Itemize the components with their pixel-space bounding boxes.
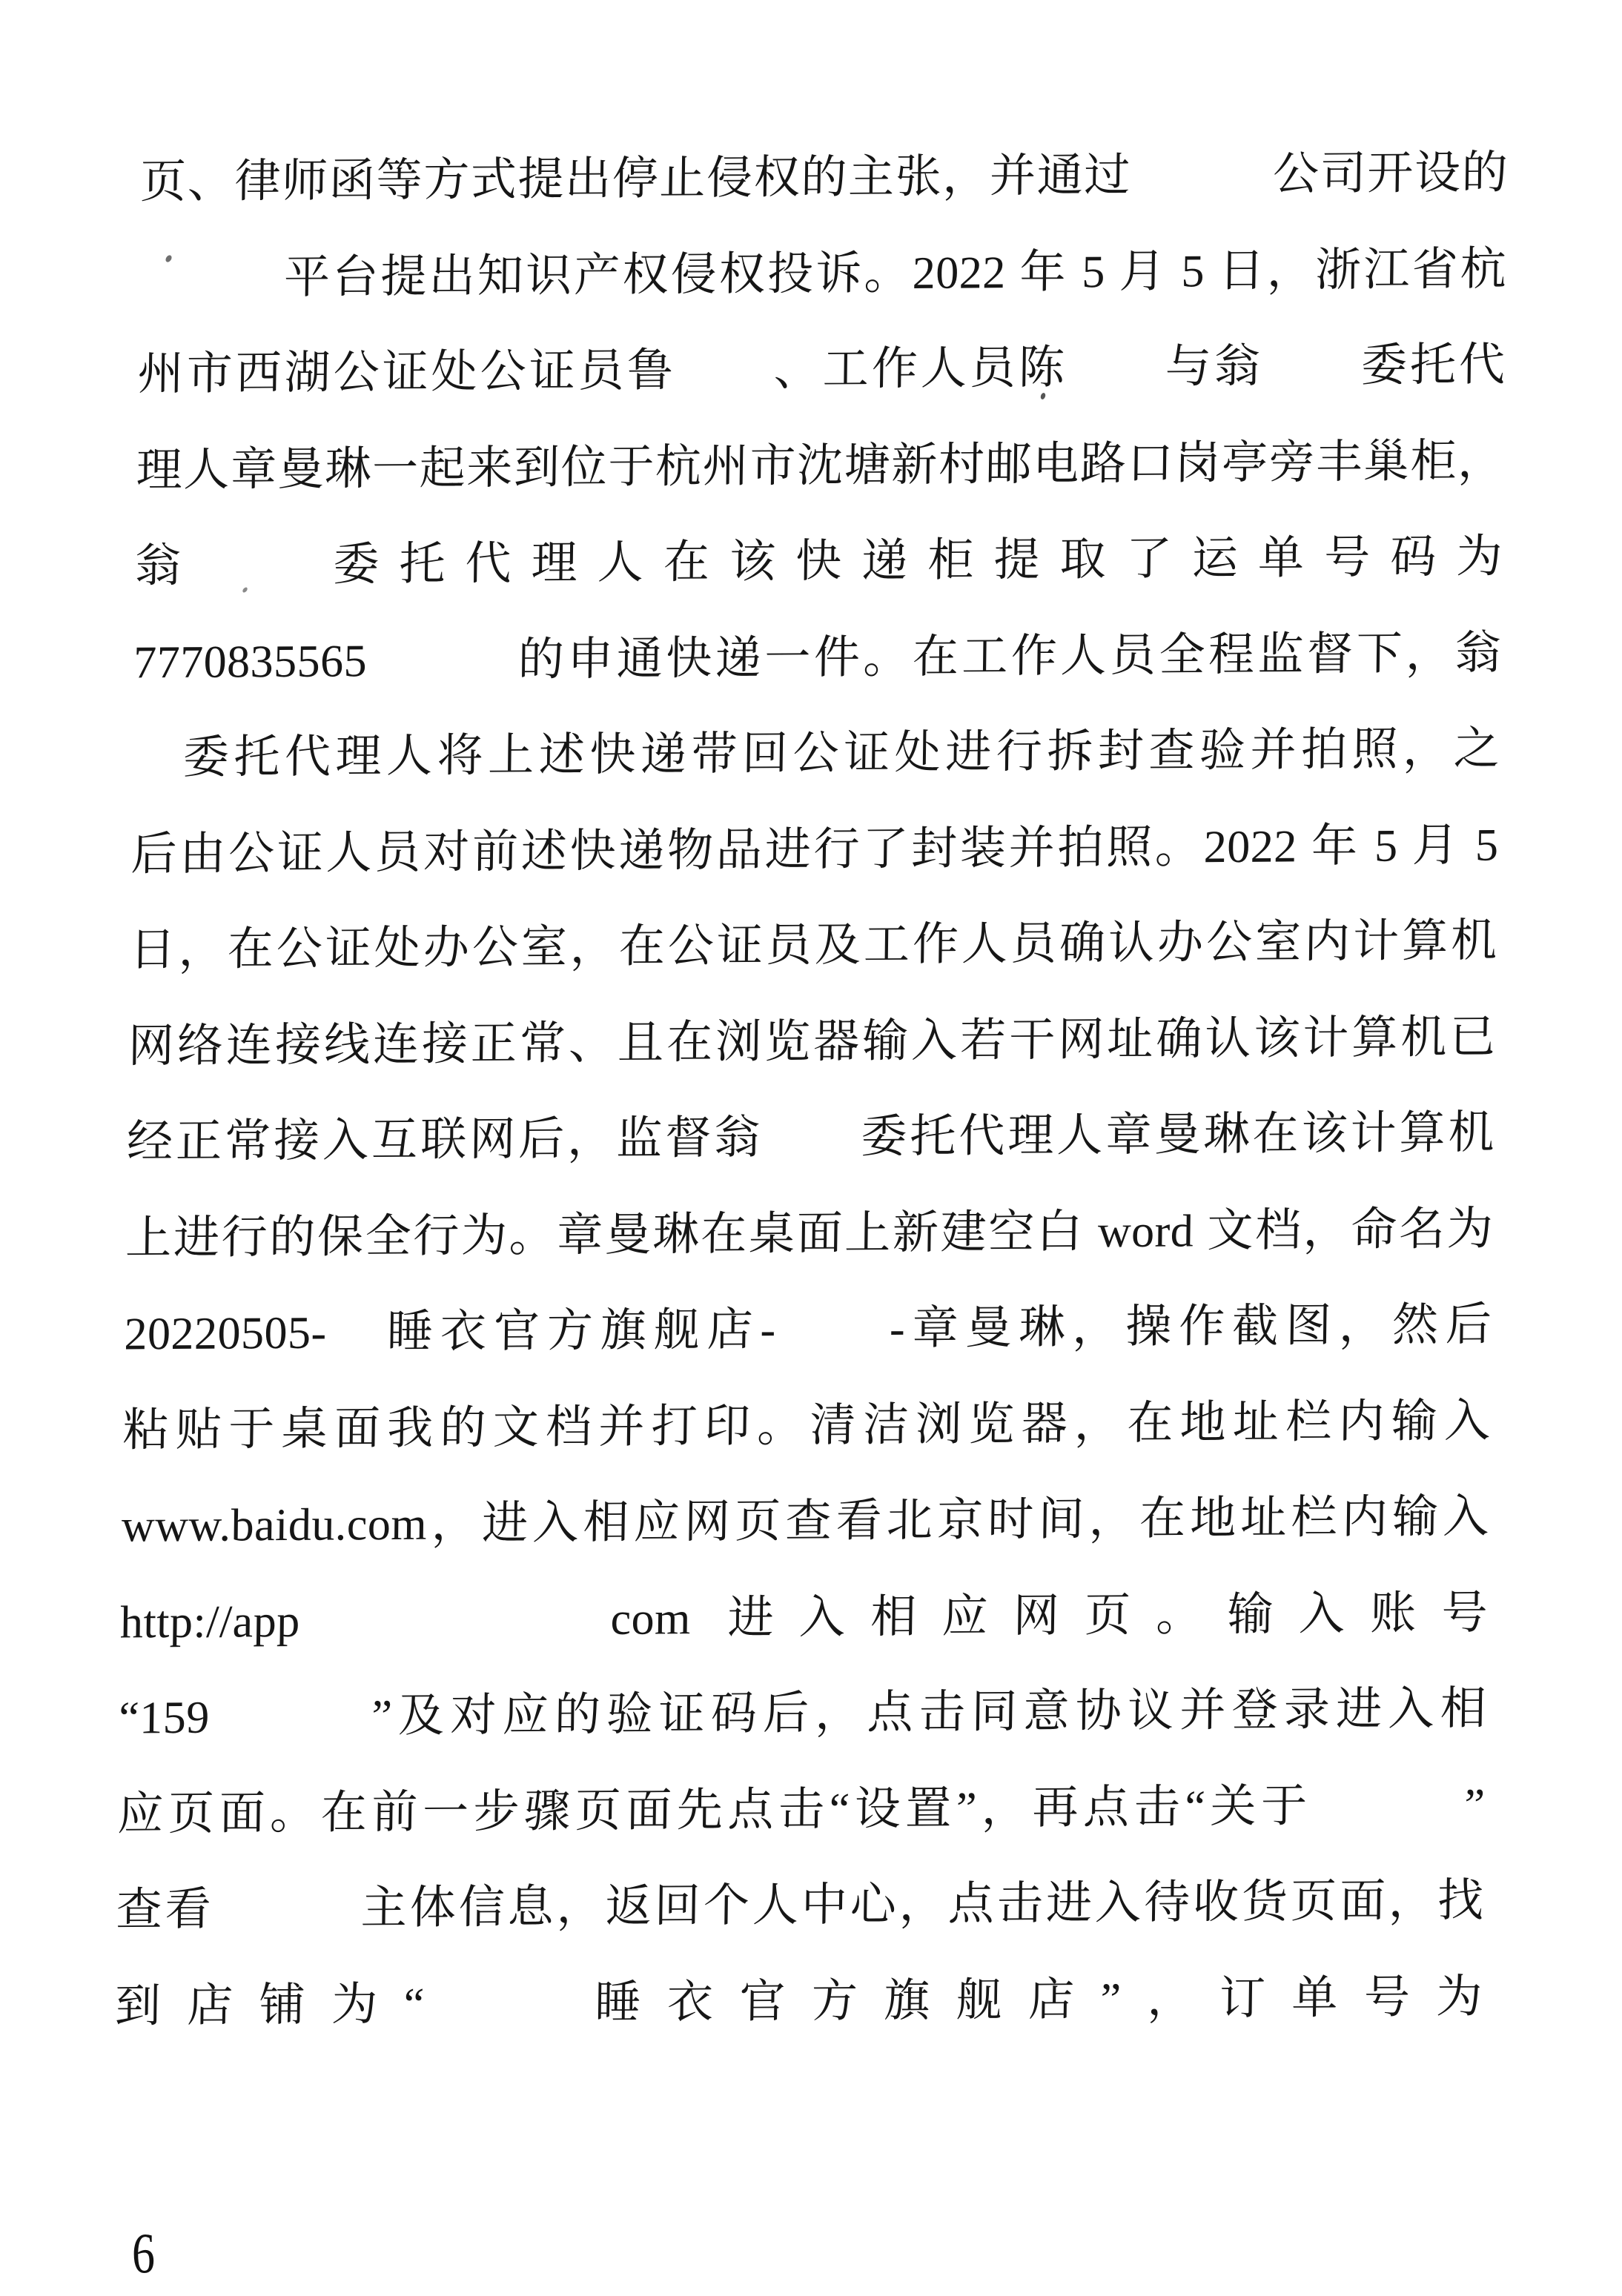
text-line-02: 平台提出知识产权侵权投诉。2022 年 5 月 5 日，浙江省杭 <box>138 222 1507 327</box>
text-line-19: 查看 主体信息，返回个人中心，点击进入待收货页面，找 <box>116 1854 1485 1959</box>
text-line-04: 理人章曼琳一起来到位于杭州市沈塘新村邮电路口岗亭旁丰巢柜， <box>136 414 1505 519</box>
text-line-06: 7770835565 的申通快递一件。在工作人员全程监督下，翁 <box>133 605 1502 711</box>
text-line-13: 20220505- 睡衣官方旗舰店- -章曼琳，操作截图，然后 <box>124 1278 1493 1383</box>
text-line-16: http://app com 进入相应网页。输入账号 <box>119 1565 1489 1670</box>
text-line-05: 翁 委托代理人在该快递柜提取了运单号码为 <box>134 509 1503 614</box>
text-line-01: 页、律师函等方式提出停止侵权的主张，并通过 公司开设的 <box>139 125 1509 230</box>
text-line-14: 粘贴于桌面我的文档并打印。清洁浏览器，在地址栏内输入 <box>122 1373 1492 1479</box>
text-line-08: 后由公证人员对前述快递物品进行了封装并拍照。2022 年 5 月 5 <box>130 797 1500 903</box>
scanned-page: 页、律师函等方式提出停止侵权的主张，并通过 公司开设的 平台提出知识产权侵权投诉… <box>0 0 1622 2296</box>
text-line-10: 网络连接线连接正常、且在浏览器输入若干网址确认该计算机已 <box>128 989 1497 1095</box>
text-line-07: 委托代理人将上述快递带回公证处进行拆封查验并拍照，之 <box>131 701 1500 806</box>
text-line-12: 上进行的保全行为。章曼琳在桌面上新建空白 word 文档，命名为 <box>125 1181 1494 1287</box>
text-line-20: 到店铺为“ 睡衣官方旗舰店”，订单号为 <box>114 1949 1483 2054</box>
text-line-18: 应页面。在前一步骤页面先点击“设置”，再点击“关于 ” <box>117 1757 1486 1862</box>
text-line-17: “159 ”及对应的验证码后，点击同意协议并登录进入相 <box>118 1662 1487 1767</box>
text-line-11: 经正常接入互联网后，监督翁 委托代理人章曼琳在该计算机 <box>126 1086 1495 1191</box>
text-line-15: www.baidu.com，进入相应网页查看北京时间，在地址栏内输入 <box>121 1470 1490 1575</box>
text-line-03: 州市西湖公证处公证员鲁 、工作人员陈 与翁 委托代 <box>137 317 1506 422</box>
document-text-block: 页、律师函等方式提出停止侵权的主张，并通过 公司开设的 平台提出知识产权侵权投诉… <box>114 125 1509 2054</box>
page-number: 6 <box>132 2225 155 2283</box>
text-line-09: 日，在公证处办公室，在公证员及工作人员确认办公室内计算机 <box>129 894 1498 999</box>
